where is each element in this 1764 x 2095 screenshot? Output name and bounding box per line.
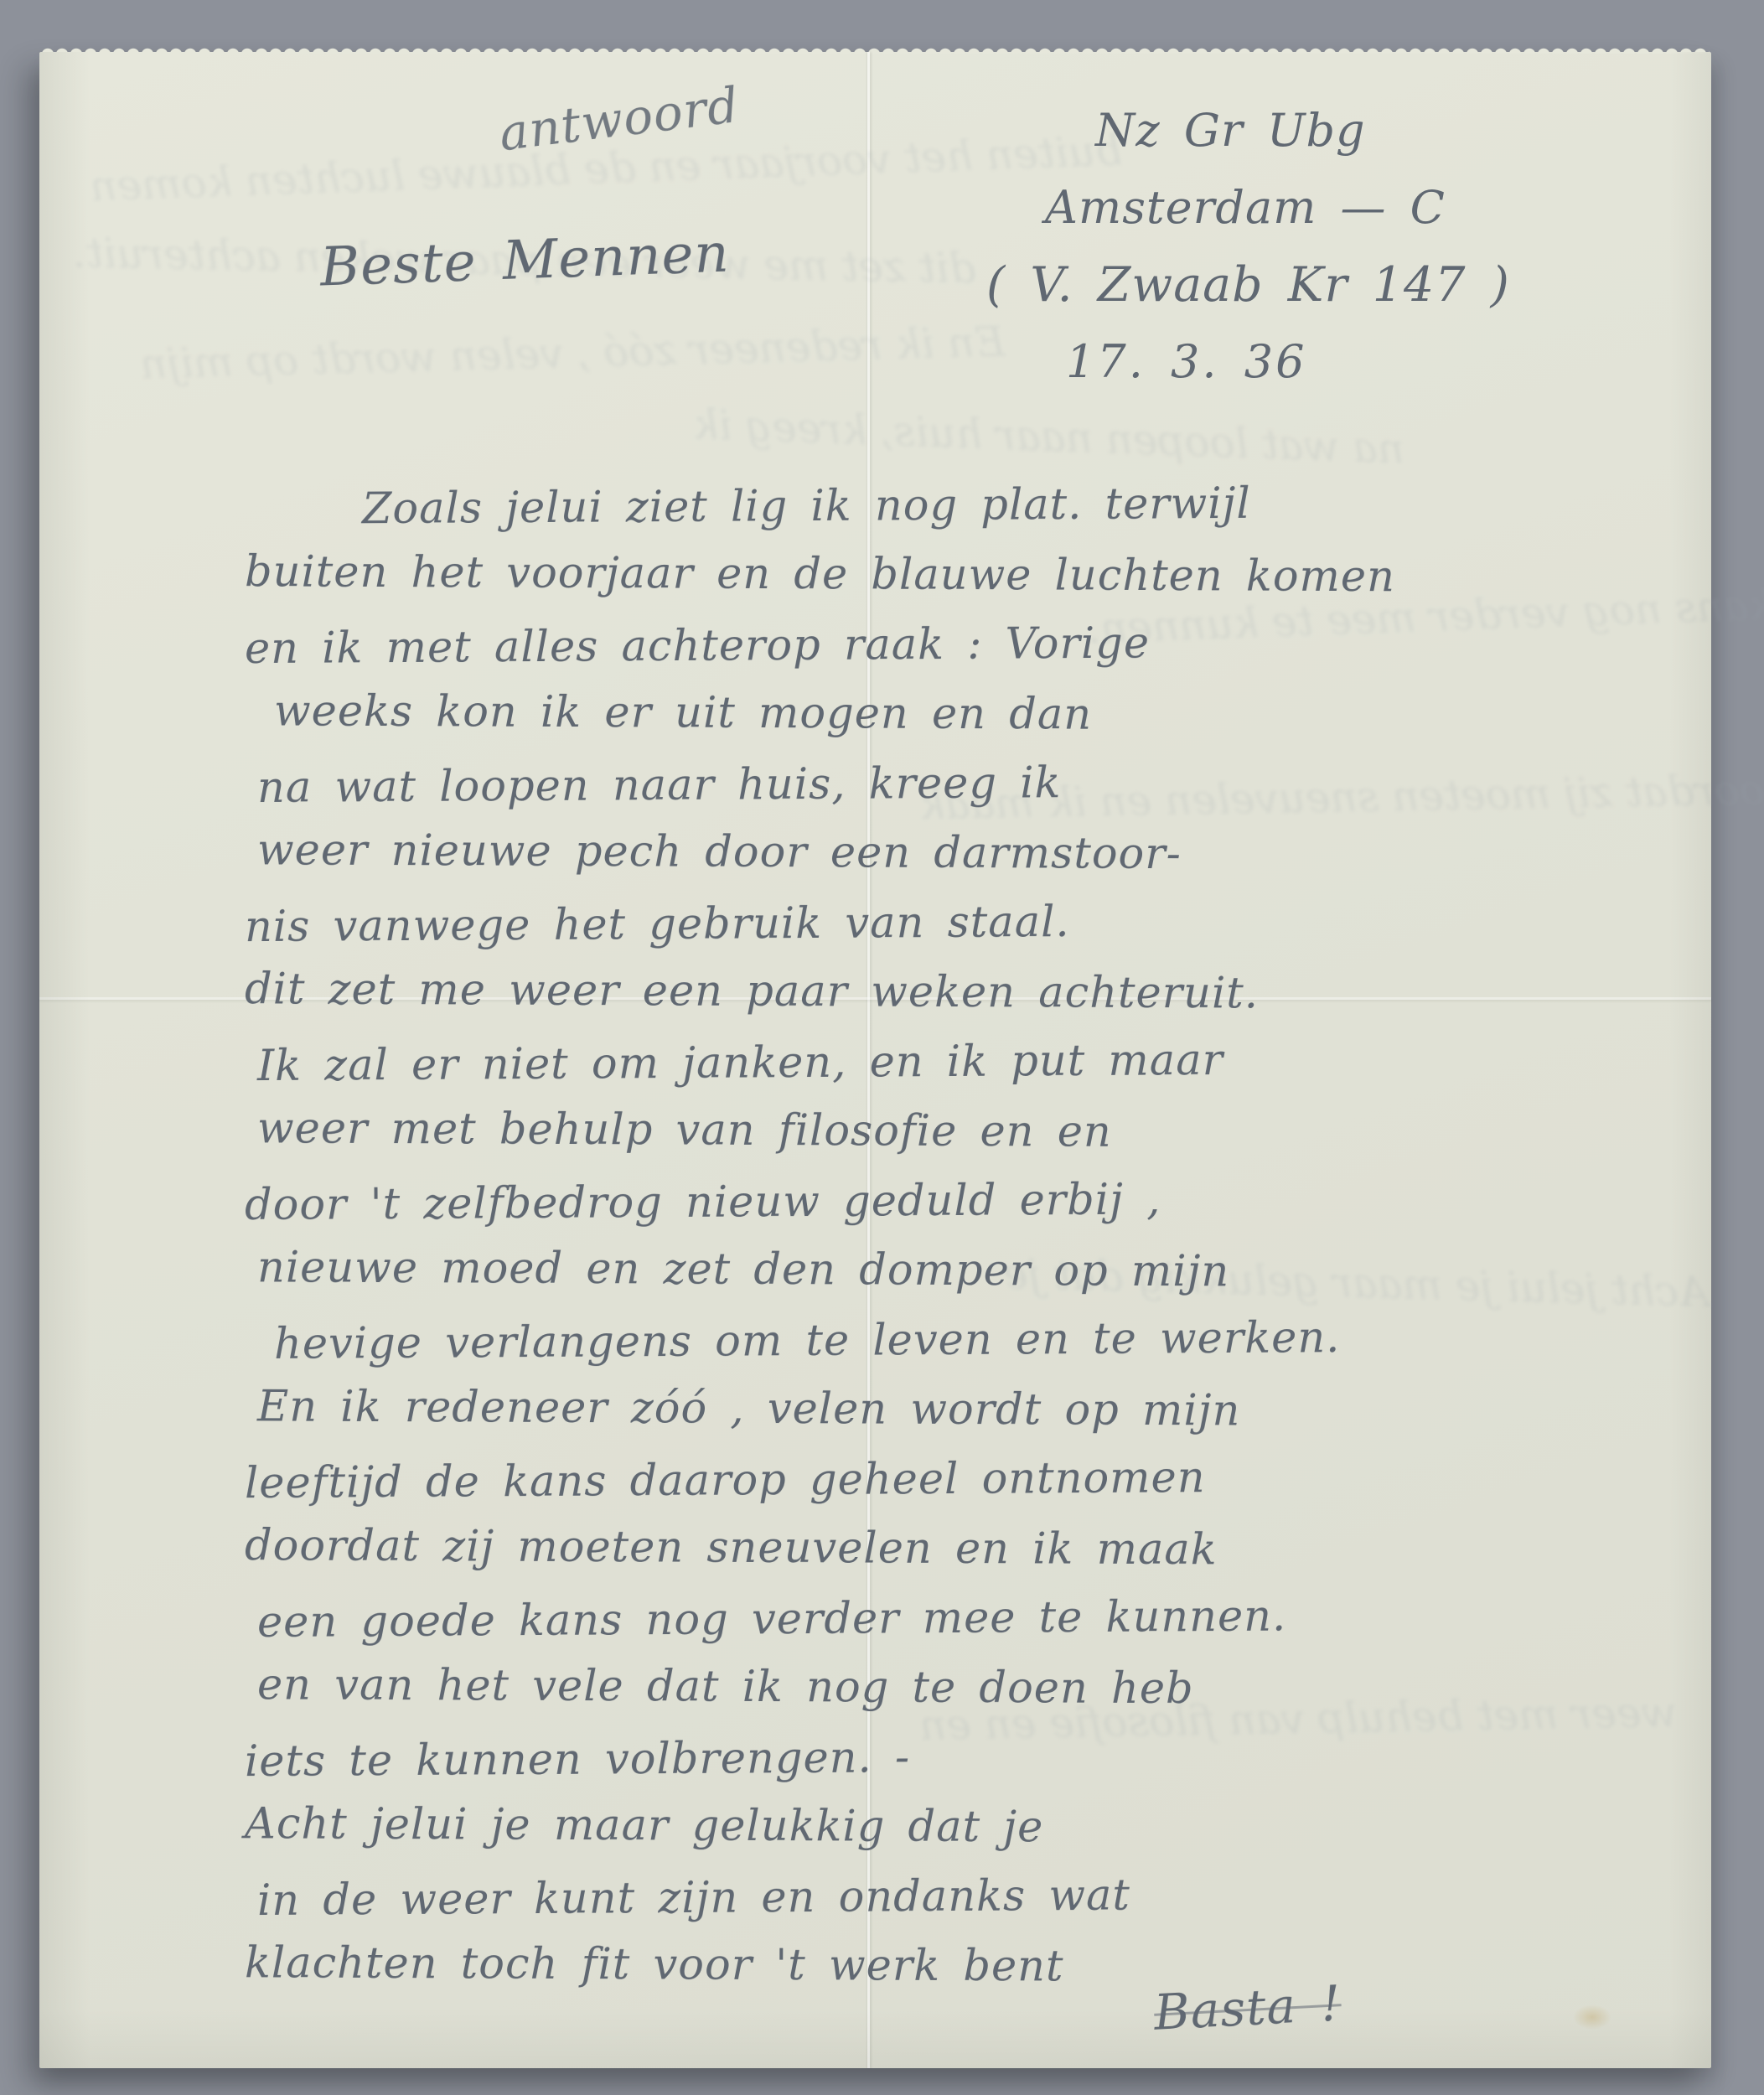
body-line: in de weer kunt zijn en ondanks wat (245, 1858, 1661, 1936)
body-line: weer nieuwe pech door een darmstoor- (245, 815, 1661, 891)
address-line: Nz Gr Ubg (1095, 92, 1510, 169)
ghost-writing-line: na wat loopen naar huis, kreeg ik (692, 400, 1405, 473)
body-line: Acht jelui je maar gelukkig dat je (245, 1789, 1661, 1865)
ghost-writing-line: En ik redeneer zóó , velen wordt op mijn (139, 317, 1006, 388)
body-line: doordat zij moeten sneuvelen en ik maak (245, 1511, 1661, 1586)
signature: Basta ! (1152, 1974, 1342, 2041)
body-line: en ik met alles achterop raak : Vorige (245, 606, 1661, 684)
body-line: een goede kans nog verder mee te kunnen. (245, 1580, 1661, 1658)
body-line: door 't zelfbedrog nieuw geduld erbij , (245, 1162, 1661, 1240)
address-line-ward: ( V. Zwaab Kr 147 ) (986, 246, 1510, 323)
paper-stain (1573, 2004, 1611, 2030)
date-line: 17. 3. 36 (1066, 323, 1510, 401)
annotation-answered: antwoord (496, 76, 742, 163)
body-line: Ik zal er niet om janken, en ik put maar (245, 1023, 1661, 1101)
body-line: weeks kon ik er uit mogen en dan (245, 676, 1661, 752)
body-line: en van het vele dat ik nog te doen heb (245, 1650, 1661, 1725)
body-line: nieuwe moed en zet den domper op mijn (245, 1233, 1661, 1308)
greeting: Beste Mennen (319, 222, 731, 298)
address-line-city: Amsterdam — C (1045, 169, 1510, 246)
body-line: leeftijd de kans daarop geheel ontnomen (245, 1441, 1661, 1518)
body-line: En ik redeneer zóó , velen wordt op mijn (245, 1372, 1661, 1447)
letter-paper: buiten het voorjaar en de blauwe luchten… (39, 52, 1711, 2068)
letter-scan: { "letter": { "annotation": "antwoord", … (0, 0, 1764, 2095)
body-line: weer met behulp van filosofie en en (245, 1094, 1661, 1169)
body-line: nis vanwege het gebruik van staal. (245, 884, 1661, 962)
body-line: klachten toch fit voor 't werk bent (245, 1928, 1661, 2004)
sender-address-block: Nz Gr Ubg Amsterdam — C ( V. Zwaab Kr 14… (986, 92, 1510, 401)
body-line: na wat loopen naar huis, kreeg ik (245, 745, 1661, 823)
body-line: dit zet me weer een paar weken achteruit… (245, 954, 1661, 1030)
letter-body: Zoals jelui ziet lig ik nog plat. terwij… (245, 471, 1661, 2001)
body-line: iets te kunnen volbrengen. - (245, 1719, 1661, 1797)
body-line: Zoals jelui ziet lig ik nog plat. terwij… (245, 467, 1661, 545)
body-line: buiten het voorjaar en de blauwe luchten… (245, 537, 1661, 613)
body-line: hevige verlangens om te leven en te werk… (245, 1301, 1661, 1379)
